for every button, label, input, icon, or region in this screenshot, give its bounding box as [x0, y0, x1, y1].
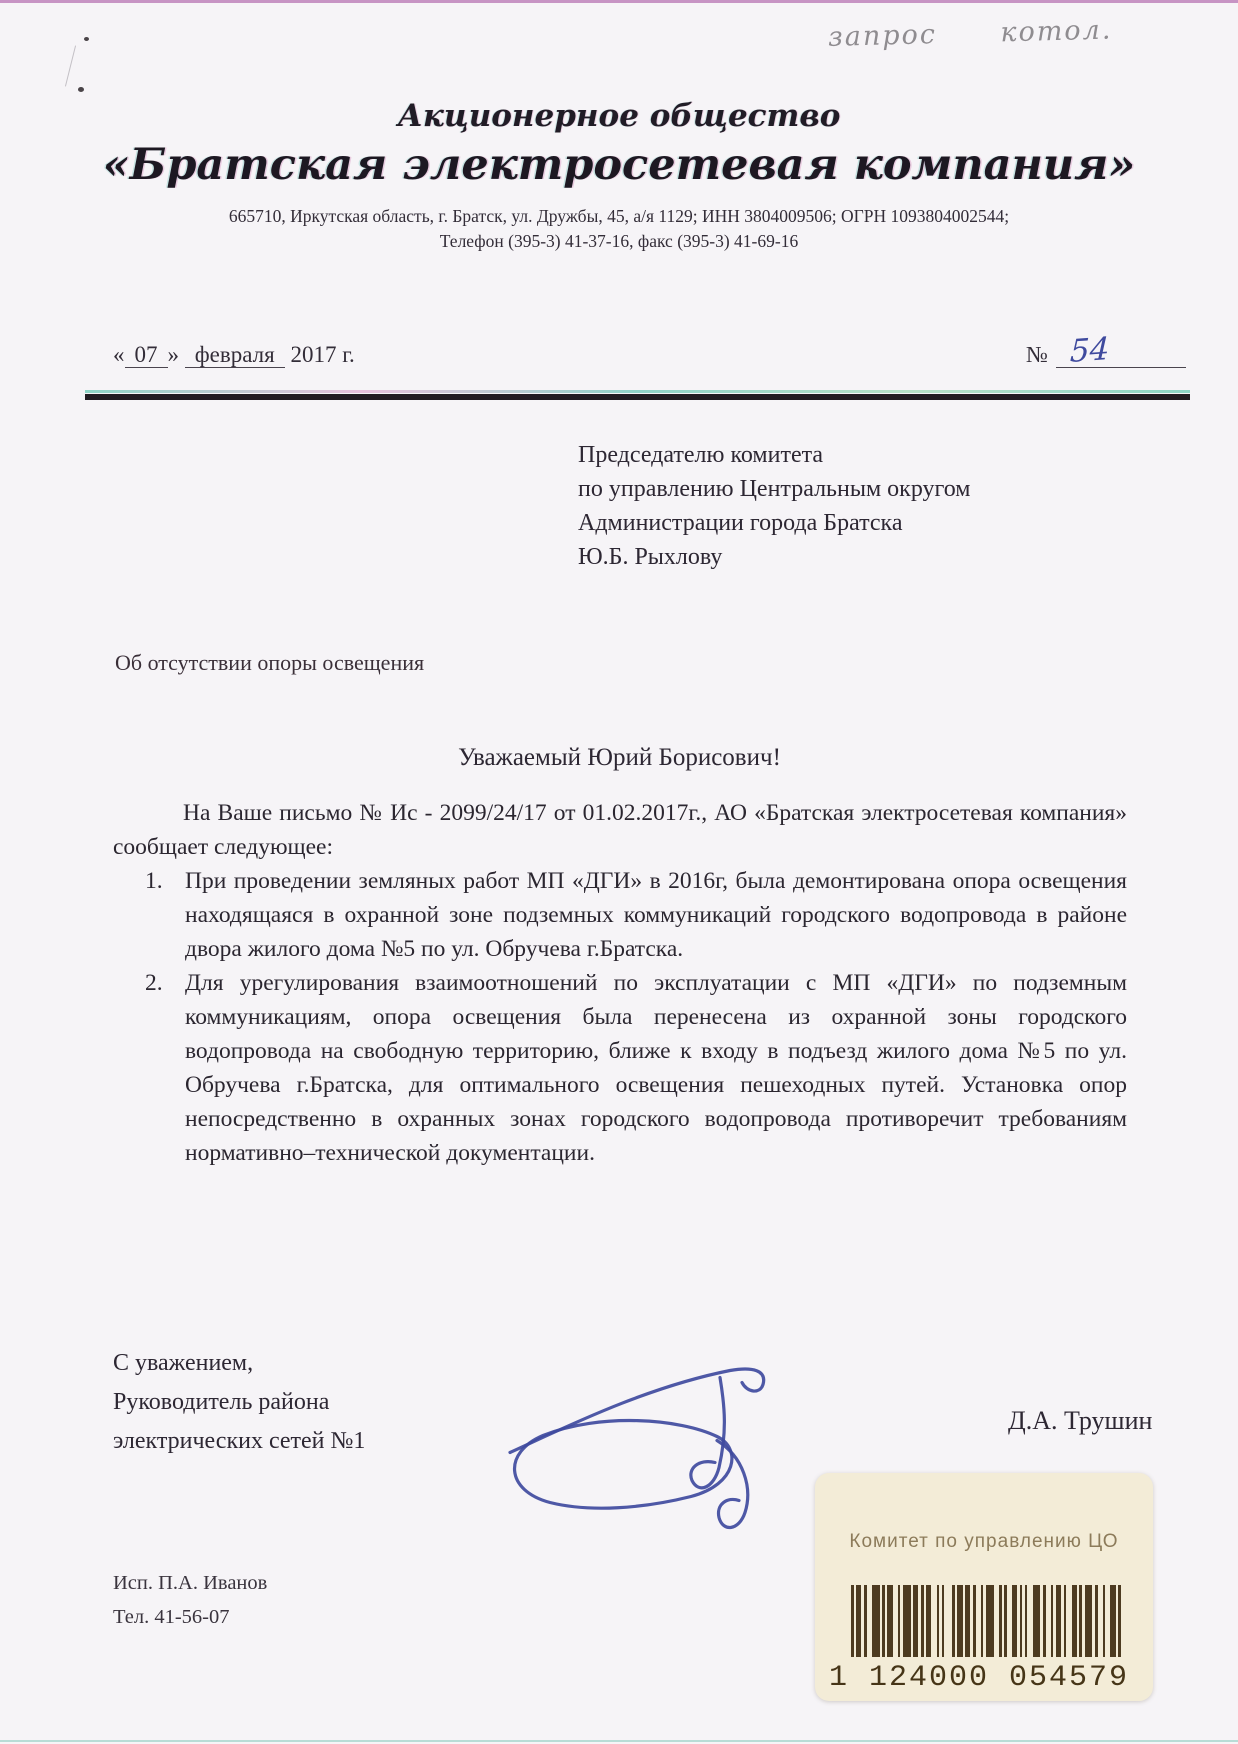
list-item-number: 1. — [145, 864, 163, 898]
closing-block: С уважением, Руководитель района электри… — [113, 1344, 365, 1461]
date-and-number-row: «07» февраля 2017 г. № 54 — [113, 336, 1186, 368]
handwritten-number: 54 — [1056, 334, 1110, 368]
subject-line: Об отсутствии опоры освещения — [115, 650, 424, 676]
date-day: 07 — [125, 342, 168, 368]
quote-close: » — [168, 342, 180, 367]
addressee-line: Администрации города Братска — [578, 506, 970, 540]
handwritten-pencil-note: запрос котол. — [828, 14, 1129, 53]
org-name: «Братская электросетевая компания» — [0, 140, 1238, 190]
scanned-letter-page: запрос котол. Акционерное общество «Брат… — [0, 0, 1238, 1744]
letterhead: Акционерное общество «Братская электросе… — [0, 98, 1238, 252]
addressee-block: Председателю комитета по управлению Цент… — [578, 438, 970, 574]
addressee-line: Ю.Б. Рыхлову — [578, 540, 970, 574]
signer-title-line: электрических сетей №1 — [113, 1422, 365, 1461]
list-item: 1. При проведении земляных работ МП «ДГИ… — [113, 864, 1127, 966]
date-year: 2017 г. — [290, 342, 354, 367]
sticker-label: Комитет по управлению ЦО — [815, 1531, 1153, 1553]
list-item-text: Для урегулирования взаимоотношений по эк… — [185, 970, 1127, 1166]
executor-phone: Тел. 41-56-07 — [113, 1600, 267, 1634]
handwritten-signature — [495, 1330, 825, 1535]
barcode-digits: 1 124000 054579 — [829, 1661, 1153, 1695]
letterhead-divider — [85, 390, 1190, 400]
letter-date: «07» февраля 2017 г. — [113, 342, 355, 368]
barcode — [851, 1585, 1137, 1657]
list-item-text: При проведении земляных работ МП «ДГИ» в… — [185, 868, 1127, 962]
org-address: 665710, Иркутская область, г. Братск, ул… — [0, 206, 1238, 227]
list-item-number: 2. — [145, 966, 163, 1000]
letter-number: № 54 — [1026, 336, 1186, 368]
registration-barcode-sticker: Комитет по управлению ЦО 1 124000 054579 — [815, 1473, 1153, 1701]
signer-title-line: Руководитель района — [113, 1383, 365, 1422]
scan-speck — [78, 87, 84, 92]
executor-name: Исп. П.А. Иванов — [113, 1566, 267, 1600]
executor-block: Исп. П.А. Иванов Тел. 41-56-07 — [113, 1566, 267, 1634]
divider-thin-line — [85, 390, 1190, 393]
addressee-line: Председателю комитета — [578, 438, 970, 472]
quote-open: « — [113, 342, 125, 367]
scan-edge-artifact-top — [0, 0, 1238, 3]
divider-thick-line — [85, 394, 1190, 400]
date-month: февраля — [185, 342, 285, 368]
org-phone: Телефон (395-3) 41-37-16, факс (395-3) 4… — [0, 231, 1238, 252]
scan-edge-artifact-bottom — [0, 1740, 1238, 1742]
org-type: Акционерное общество — [0, 98, 1238, 134]
salutation: Уважаемый Юрий Борисович! — [113, 744, 1126, 772]
list-item: 2. Для урегулирования взаимоотношений по… — [113, 966, 1127, 1170]
closing-line: С уважением, — [113, 1344, 365, 1383]
number-line: 54 — [1056, 336, 1186, 368]
body-intro: На Ваше письмо № Ис - 2099/24/17 от 01.0… — [113, 796, 1127, 864]
signer-name: Д.А. Трушин — [1008, 1406, 1152, 1436]
scan-speck — [84, 37, 89, 41]
scan-scratch — [65, 46, 76, 87]
number-label: № — [1026, 342, 1048, 368]
letter-body: На Ваше письмо № Ис - 2099/24/17 от 01.0… — [113, 796, 1127, 1170]
addressee-line: по управлению Центральным округом — [578, 472, 970, 506]
